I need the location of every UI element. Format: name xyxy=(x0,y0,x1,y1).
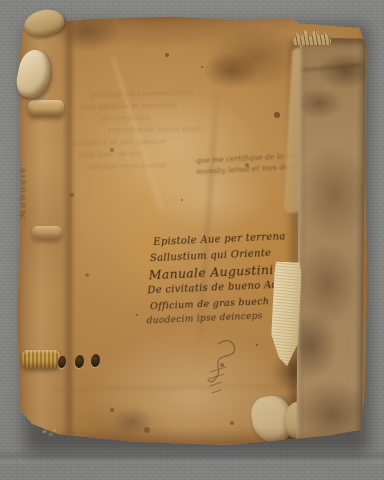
ink-specks xyxy=(16,14,18,16)
gold-thread-fray xyxy=(40,426,58,440)
sewing-support-bottom xyxy=(22,350,60,368)
manuscript-book: Manuale quattuor libri sententiarum item… xyxy=(16,14,368,448)
spine-title-text: Manuale xyxy=(18,119,32,219)
fore-edge-flap xyxy=(296,38,366,449)
sewing-support-middle xyxy=(32,226,62,239)
sewing-support-top xyxy=(28,100,64,116)
photograph-of-manuscript: Manuale quattuor libri sententiarum item… xyxy=(0,0,384,480)
spine-joint-crease xyxy=(62,14,76,448)
notary-flourish-icon xyxy=(192,338,242,402)
